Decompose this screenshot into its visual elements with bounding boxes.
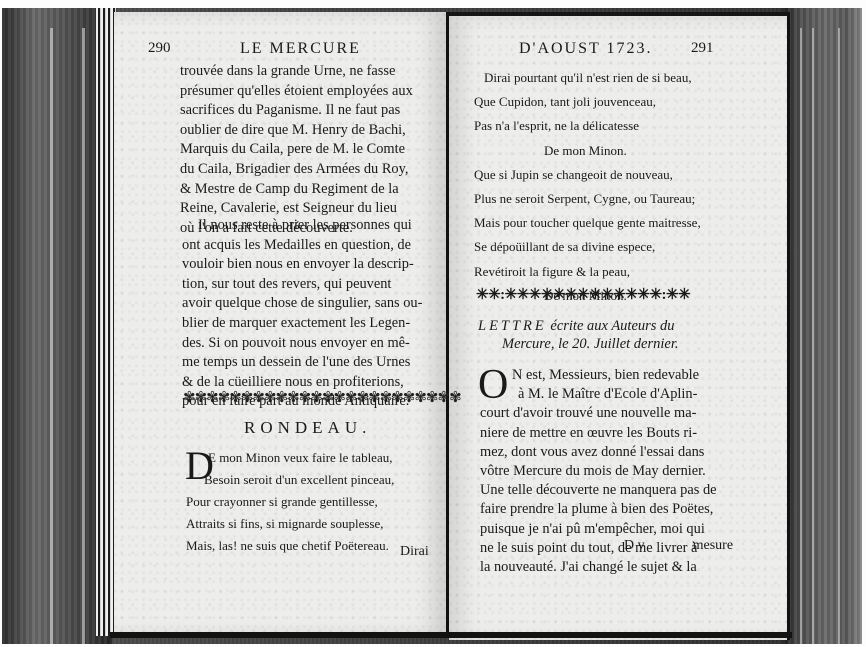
verse-line: Mais pour toucher quelque gente maitress… bbox=[474, 211, 701, 235]
text-line: avoir quelque chose de singulier, sans o… bbox=[182, 294, 422, 314]
letter-heading-caps: LETTRE bbox=[478, 318, 547, 334]
left-running-title: LE MERCURE bbox=[240, 40, 361, 58]
text-line: mez, dont vous avez donné l'essai dans bbox=[480, 443, 717, 462]
signature-and-catchword: D vmesure bbox=[624, 538, 733, 554]
text-line: présumer qu'elles étoient employées aux bbox=[180, 82, 413, 102]
rondeau-verse: E mon Minon veux faire le tableau, Besoi… bbox=[186, 447, 394, 557]
rondeau-verse-continued: Dirai pourtant qu'il n'est rien de si be… bbox=[474, 66, 701, 308]
book-cover-right bbox=[782, 8, 862, 644]
verse-line: Pour crayonner si grande gentillesse, bbox=[186, 491, 394, 513]
right-page-number: 291 bbox=[691, 40, 714, 57]
text-line: oublier de dire que M. Henry de Bachi, bbox=[180, 121, 413, 141]
catchword: mesure bbox=[693, 538, 733, 553]
page-edges bbox=[96, 8, 116, 636]
text-line: & Mestre de Camp du Regiment de la bbox=[180, 180, 413, 200]
text-line: vouloir bien nous en envoyer la descrip- bbox=[182, 255, 422, 275]
left-page-number: 290 bbox=[148, 40, 171, 57]
cover-rule bbox=[800, 28, 802, 644]
verse-line: Pas n'a l'esprit, ne la délicatesse bbox=[474, 114, 701, 138]
text-line: à M. le Maître d'Ecole d'Aplin- bbox=[480, 385, 717, 404]
text-line: niere de mettre en œuvre les Bouts ri- bbox=[480, 424, 717, 443]
text-line: puisque je n'ai pû m'empêcher, moi qui bbox=[480, 520, 717, 539]
left-paragraph-2: Il nous reste à prier les personnes qui … bbox=[182, 216, 422, 412]
text-line: ont acquis les Medailles en question, de bbox=[182, 236, 422, 256]
verse-refrain: De mon Minon. bbox=[474, 139, 701, 163]
verse-line: Dirai pourtant qu'il n'est rien de si be… bbox=[474, 66, 701, 90]
text-line: tion, sur tout des revers, qui peuvent bbox=[182, 275, 422, 295]
fleuron-ornament: ✾✾✾✾✾✾✾✾✾✾✾✾✾✾✾✾✾✾✾✾✾✾✾✾ bbox=[183, 388, 461, 407]
poem-title: RONDEAU. bbox=[244, 418, 371, 438]
right-running-title: D'AOUST 1723. bbox=[519, 40, 652, 58]
text-line: me temps un dessein de l'une des Urnes bbox=[182, 353, 422, 373]
text-line: la nouveauté. J'ai changé le sujet & la bbox=[480, 558, 717, 577]
cover-rule bbox=[50, 28, 53, 644]
letter-heading: LETTRE écrite aux Auteurs du Mercure, le… bbox=[478, 317, 679, 353]
cover-rule bbox=[838, 28, 840, 644]
text-line: blier de marquer exactement les Legen- bbox=[182, 314, 422, 334]
verse-line: E mon Minon veux faire le tableau, bbox=[186, 447, 394, 469]
text-line: Une telle découverte ne manquera pas de bbox=[480, 481, 717, 500]
text-line: du Caila, Brigadier des Armées du Roy, bbox=[180, 160, 413, 180]
text-line: court d'avoir trouvé une nouvelle ma- bbox=[480, 404, 717, 423]
left-paragraph-1: trouvée dans la grande Urne, ne fasse pr… bbox=[180, 62, 413, 238]
letter-heading-line-2: Mercure, le 20. Juillet dernier. bbox=[478, 335, 679, 353]
catchword: Dirai bbox=[400, 544, 429, 560]
letter-heading-rest: écrite aux Auteurs du bbox=[547, 318, 675, 334]
verse-line: Que si Jupin se changeoit de nouveau, bbox=[474, 163, 701, 187]
cover-rule bbox=[812, 28, 814, 644]
verse-line: Revétiroit la figure & la peau, bbox=[474, 260, 701, 284]
verse-line: Se dépoüillant de sa divine espece, bbox=[474, 235, 701, 259]
text-line: vôtre Mercure du mois de May dernier. bbox=[480, 462, 717, 481]
text-line: faire prendre la plume à bien des Poëtes… bbox=[480, 500, 717, 519]
verse-line: Besoin seroit d'un excellent pinceau, bbox=[186, 469, 394, 491]
text-line: trouvée dans la grande Urne, ne fasse bbox=[180, 62, 413, 82]
text-line: Il nous reste à prier les personnes qui bbox=[182, 216, 422, 236]
verse-line: Attraits si fins, si mignarde souplesse, bbox=[186, 513, 394, 535]
verse-line: Mais, las! ne suis que chetif Poëtereau. bbox=[186, 535, 394, 557]
text-line: des. Si on pouvoit nous envoyer en mê- bbox=[182, 334, 422, 354]
text-line: Marquis du Caila, pere de M. le Comte bbox=[180, 140, 413, 160]
signature-mark: D v bbox=[624, 538, 645, 553]
verse-line: Que Cupidon, tant joli jouvenceau, bbox=[474, 90, 701, 114]
verse-line: Plus ne seroit Serpent, Cygne, ou Taurea… bbox=[474, 187, 701, 211]
ornament-divider: ✳✳:✳✳✳✳✳✳✳✳✳✳✳✳✳:✳✳ bbox=[476, 285, 690, 304]
page-bottom-edge bbox=[110, 632, 792, 638]
text-line: N est, Messieurs, bien redevable bbox=[480, 366, 717, 385]
text-line: sacrifices du Paganisme. Il ne faut pas bbox=[180, 101, 413, 121]
letter-heading-line-1: LETTRE écrite aux Auteurs du bbox=[478, 317, 679, 335]
cover-rule bbox=[82, 28, 85, 644]
